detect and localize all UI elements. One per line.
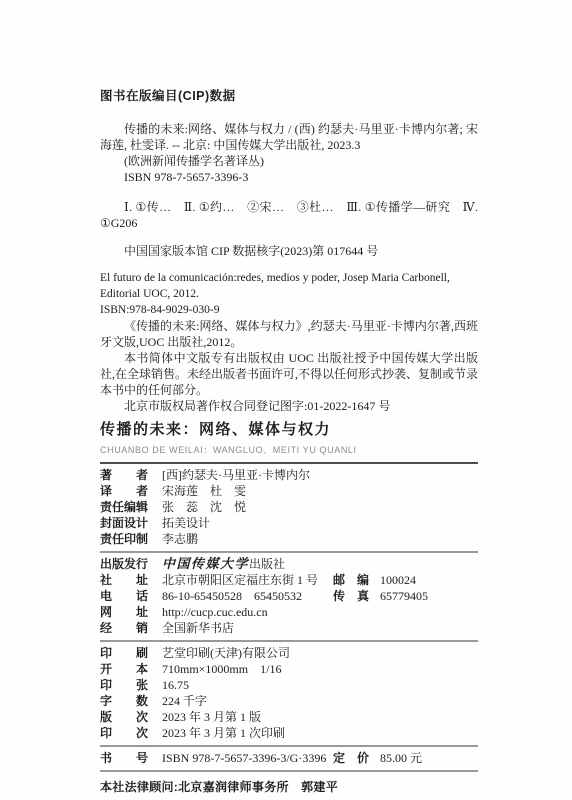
row-value: 艺堂印刷(天津)有限公司	[162, 646, 290, 660]
cip-classification: Ⅰ. ①传… Ⅱ. ①约… ②宋… ③杜… Ⅲ. ①传播学—研究 Ⅳ. ①G20…	[100, 199, 478, 231]
row-editor: 责任编辑张 蕊 沈 悦	[100, 499, 478, 515]
row-edition: 版 次2023 年 3 月第 1 版	[100, 709, 478, 725]
row-value: 张 蕊 沈 悦	[162, 500, 246, 514]
original-title: El futuro de la comunicación:redes, medi…	[100, 270, 478, 302]
row-sheets: 印 张16.75	[100, 677, 478, 693]
row-price: 定 价85.00 元	[333, 750, 422, 766]
row-label: 定 价	[333, 750, 371, 766]
row-label: 印 张	[100, 677, 152, 693]
divider	[100, 462, 478, 464]
row-label: 电 话	[100, 588, 152, 604]
row-label: 字 数	[100, 693, 152, 709]
row-label: 网 址	[100, 604, 152, 620]
row-label: 邮 编	[333, 572, 371, 588]
row-value: 2023 年 3 月第 1 版	[162, 710, 261, 724]
row-label: 书 号	[100, 750, 152, 766]
row-value: 85.00 元	[380, 751, 422, 765]
legal-counsel-line: 本社法律顾问:北京嘉润律师事务所 郭建平	[100, 778, 478, 795]
cip-series: (欧洲新闻传播学名著译丛)	[100, 153, 478, 169]
cip-registry: 中国国家版本馆 CIP 数据核字(2023)第 017644 号	[100, 243, 478, 259]
row-label: 责任编辑	[100, 499, 152, 515]
row-label: 社 址	[100, 572, 152, 588]
colophon: 著 者[西]约瑟夫·马里亚·卡博内尔 译 者宋海莲 杜 雯 责任编辑张 蕊 沈 …	[100, 467, 478, 795]
row-value: 224 千字	[162, 694, 207, 708]
divider	[100, 745, 478, 747]
row-label: 传 真	[333, 588, 371, 604]
row-website: 网 址http://cucp.cuc.edu.cn	[100, 604, 478, 620]
cip-heading: 图书在版编目(CIP)数据	[100, 86, 478, 104]
publisher-suffix: 出版社	[249, 557, 285, 571]
row-label: 译 者	[100, 483, 152, 499]
row-value: 86-10-65450528 65450532	[162, 589, 302, 603]
row-fax: 传 真65779405	[333, 588, 428, 604]
row-distribution: 经 销全国新华书店	[100, 620, 478, 636]
row-label: 版 次	[100, 709, 152, 725]
row-label: 印 次	[100, 725, 152, 741]
row-value: 65779405	[380, 589, 428, 603]
divider	[100, 770, 478, 772]
row-phone: 电 话86-10-65450528 65450532 传 真65779405	[100, 588, 478, 604]
row-value: 全国新华书店	[162, 621, 234, 635]
row-label: 封面设计	[100, 515, 152, 531]
row-format: 开 本710mm×1000mm 1/16	[100, 661, 478, 677]
chinese-edition-note: 《传播的未来:网络、媒体与权力》,约瑟夫·马里亚·卡博内尔著,西班牙文版,UOC…	[100, 318, 478, 350]
cip-isbn: ISBN 978-7-5657-3396-3	[100, 169, 478, 185]
row-label: 出版发行	[100, 556, 152, 572]
book-title-pinyin: CHUANBO DE WEILAI：WANGLUO、MEITI YU QUANL…	[100, 443, 478, 456]
row-label: 责任印制	[100, 531, 152, 547]
row-postcode: 邮 编100024	[333, 572, 416, 588]
row-author: 著 者[西]约瑟夫·马里亚·卡博内尔	[100, 467, 478, 483]
divider	[100, 551, 478, 553]
row-publisher: 出版发行中国传媒大学出版社	[100, 556, 478, 572]
row-label: 经 销	[100, 620, 152, 636]
row-address: 社 址北京市朝阳区定福庄东街 1 号 邮 编100024	[100, 572, 478, 588]
license-statement: 本书简体中文版专有出版权由 UOC 出版社授予中国传媒大学出版社,在全球销售。未…	[100, 350, 478, 398]
row-value: 北京市朝阳区定福庄东街 1 号	[162, 573, 318, 587]
cip-record: 传播的未来:网络、媒体与权力 / (西) 约瑟夫·马里亚·卡博内尔著; 宋海莲,…	[100, 121, 478, 153]
copyright-page: 图书在版编目(CIP)数据 传播的未来:网络、媒体与权力 / (西) 约瑟夫·马…	[0, 0, 572, 800]
row-impression: 印 次2023 年 3 月第 1 次印刷	[100, 725, 478, 741]
book-title: 传播的未来：网络、媒体与权力	[100, 420, 478, 440]
row-value: [西]约瑟夫·马里亚·卡博内尔	[162, 468, 310, 482]
copyright-registration: 北京市版权局著作权合同登记图字:01-2022-1647 号	[100, 398, 478, 414]
row-label: 印 刷	[100, 645, 152, 661]
row-value: 16.75	[162, 678, 189, 692]
row-cover-design: 封面设计拓美设计	[100, 515, 478, 531]
row-label: 开 本	[100, 661, 152, 677]
row-value: 拓美设计	[162, 516, 210, 530]
publisher-logo: 中国传媒大学	[162, 556, 249, 571]
row-value: http://cucp.cuc.edu.cn	[162, 605, 268, 619]
row-label: 著 者	[100, 467, 152, 483]
row-value: 710mm×1000mm 1/16	[162, 662, 281, 676]
row-book-number: 书 号ISBN 978-7-5657-3396-3/G·3396 定 价85.0…	[100, 750, 478, 766]
row-word-count: 字 数224 千字	[100, 693, 478, 709]
row-print-supervisor: 责任印制李志鹏	[100, 531, 478, 547]
row-translator: 译 者宋海莲 杜 雯	[100, 483, 478, 499]
title-block: 传播的未来：网络、媒体与权力 CHUANBO DE WEILAI：WANGLUO…	[100, 420, 478, 464]
row-value: 2023 年 3 月第 1 次印刷	[162, 726, 285, 740]
divider	[100, 640, 478, 642]
page-content: 图书在版编目(CIP)数据 传播的未来:网络、媒体与权力 / (西) 约瑟夫·马…	[100, 86, 478, 795]
row-value: 100024	[380, 573, 416, 587]
row-printer: 印 刷艺堂印刷(天津)有限公司	[100, 645, 478, 661]
row-value: 宋海莲 杜 雯	[162, 484, 246, 498]
original-isbn: ISBN:978-84-9029-030-9	[100, 302, 478, 318]
row-value: ISBN 978-7-5657-3396-3/G·3396	[162, 751, 326, 765]
row-value: 李志鹏	[162, 532, 198, 546]
